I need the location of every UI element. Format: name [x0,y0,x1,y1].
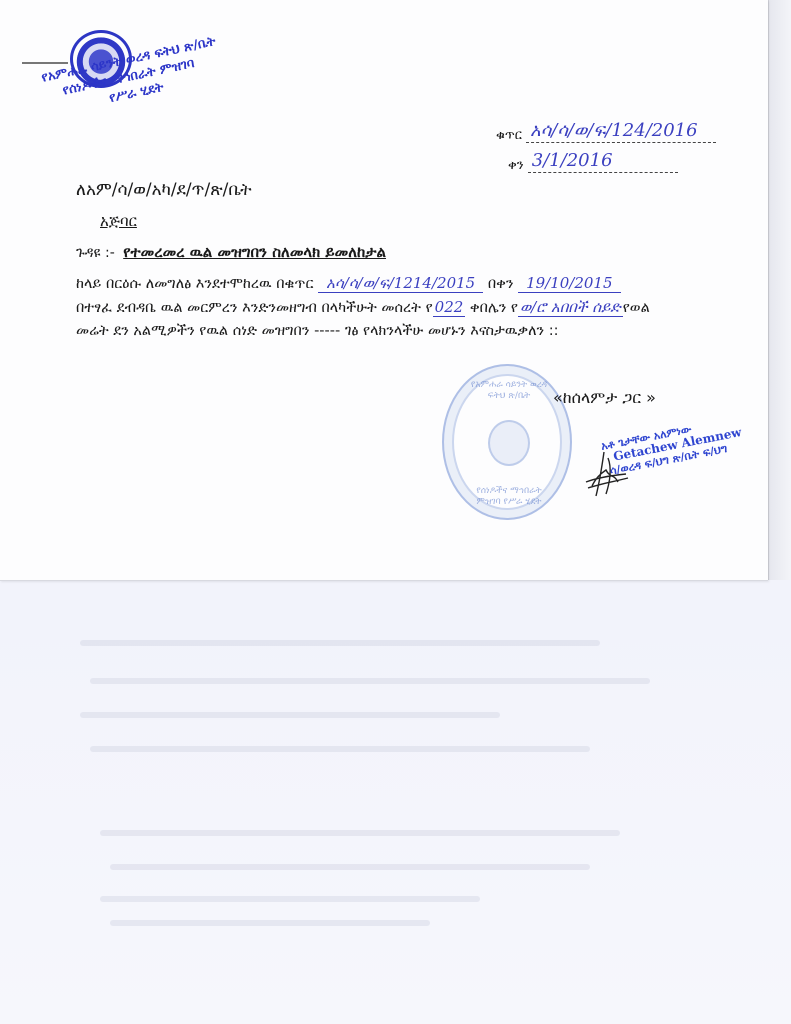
round-stamp-emblem-icon [488,420,530,466]
body-text: በተፃፈ ደብዳቤ ዉል መርምረን እንድንመዘግብ በላካችሁት መሰረት … [76,300,433,316]
reference-date-row: ቀን 3/1/2016 [496,150,716,180]
round-stamp-bottom-text: የሰነዶችና ማኅበራት ምዝገባ የሥራ ሂደት [464,486,554,508]
body-line: በተፃፈ ደብዳቤ ዉል መርምረን እንድንመዘግብ በላካችሁት መሰረት … [76,296,706,320]
greeting: አጅባር [100,212,137,230]
body-text: ቀበሌን የ [470,300,518,316]
reference-number-value: አሳ/ሳ/ወ/ፍ/124/2016 [526,120,716,143]
body-text: የወል [623,300,650,316]
subject-text: የተመረመረ ዉል መዝግበን ስለመላክ ይመለከታል [123,243,386,261]
bleed-through-line [100,830,620,836]
handwritten-ref-date: 19/10/2015 [518,274,620,293]
reference-number-label: ቁጥር [496,128,522,143]
bleed-through-line [110,864,590,870]
body-text: በቀን [488,276,514,292]
round-stamp-top-text: የአምሐራ ሳይንት ወረዳ ፍትህ ጽ/ቤት [464,380,554,402]
reference-block: ቁጥር አሳ/ሳ/ወ/ፍ/124/2016 ቀን 3/1/2016 [496,120,716,180]
letter-body: ከላይ በርዕሱ ለመግለፅ እንደተሞከረዉ በቁጥር አሳ/ሳ/ወ/ፍ/12… [76,272,706,343]
subject-line: ጉዳዩ :- የተመረመረ ዉል መዝግበን ስለመላክ ይመለከታል [76,243,386,261]
logo-pointer-line [22,62,68,64]
reference-date-label: ቀን [508,158,524,173]
handwritten-count: 022 [433,298,466,317]
letter-sheet: የአምሐራ ሳይንት ወረዳ ፍትህ ጽ/ቤት የሰነዶችና ማኅበራት ምዝገ… [0,0,768,581]
reference-date-value: 3/1/2016 [528,150,678,173]
office-stamp: የአምሐራ ሳይንት ወረዳ ፍትህ ጽ/ቤት የሰነዶችና ማኅበራት ምዝገ… [40,28,246,119]
body-text: ከላይ በርዕሱ ለመግለፅ እንደተሞከረዉ በቁጥር [76,276,313,292]
bleed-through-line [80,712,500,718]
paper-edge [768,0,791,580]
reference-number-row: ቁጥር አሳ/ሳ/ወ/ፍ/124/2016 [496,120,716,150]
handwritten-name: ወ/ሮ አበበች ሰይድ [518,298,623,317]
bleed-through-line [90,746,590,752]
bleed-through-line [80,640,600,646]
body-line: መሬት ደን አልሚዎችን የዉል ሰነድ መዝግበን ----- ገፅ የላክ… [76,320,706,343]
closing-salutation: «ከሰላምታ ጋር » [553,388,656,408]
body-line: ከላይ በርዕሱ ለመግለፅ እንደተሞከረዉ በቁጥር አሳ/ሳ/ወ/ፍ/12… [76,272,706,296]
subject-label: ጉዳዩ :- [76,245,115,261]
bleed-through-line [90,678,650,684]
addressee: ለአም/ሳ/ወ/አካ/ደ/ጥ/ጽ/ቤት [76,180,252,200]
signatory-stamp: አቶ ጌታቸው አለምነው Getachew Alemnew ሳ/ወረዳ ፍ/ህ… [600,408,774,479]
bleed-through-line [100,896,480,902]
handwritten-ref-number: አሳ/ሳ/ወ/ፍ/1214/2015 [318,274,483,293]
bleed-through-line [110,920,430,926]
